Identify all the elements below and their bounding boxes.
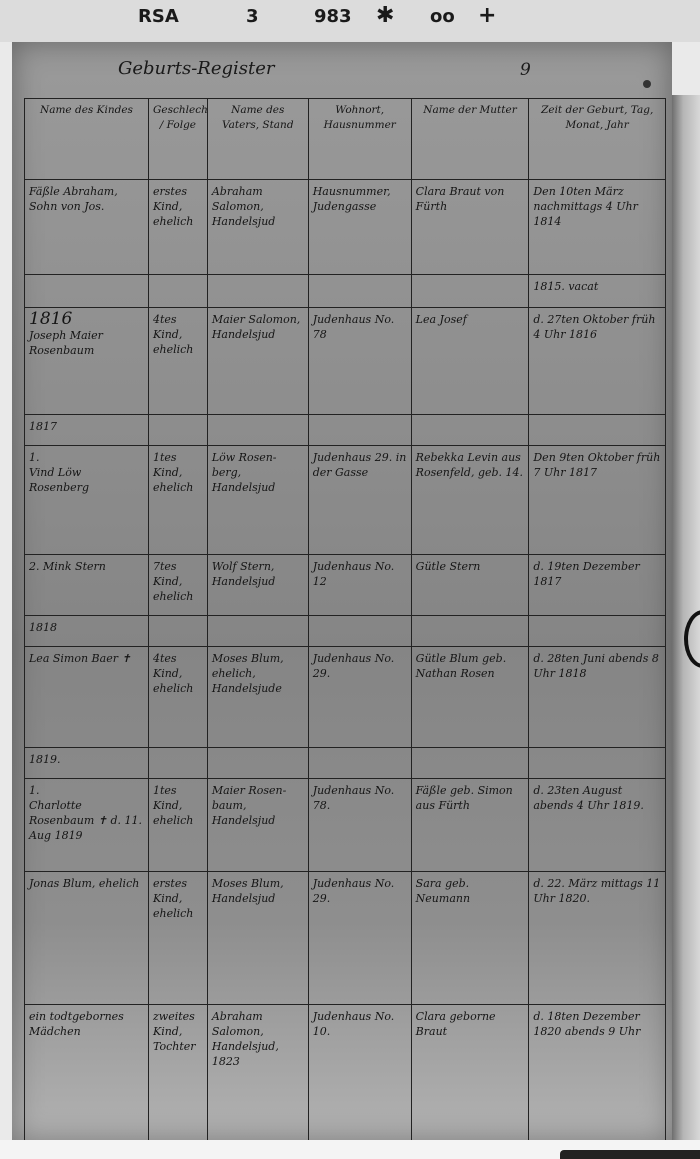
table-row: ein todtgebornes Mädchen zweites Kind, T… <box>25 1005 666 1142</box>
cell-child-name <box>25 275 149 308</box>
year-label: 1819. <box>25 748 149 779</box>
archive-volume: 3 <box>246 6 259 27</box>
cell-residence: Judenhaus No. 29. <box>308 872 411 1005</box>
table-row: Jonas Blum, ehelich erstes Kind, ehelich… <box>25 872 666 1005</box>
cell-residence: Judenhaus No. 78 <box>308 308 411 415</box>
cell-sex <box>148 275 207 308</box>
cell-sex: 4tes Kind, ehelich <box>148 308 207 415</box>
cell-mother: Clara Braut von Fürth <box>411 180 529 275</box>
scan-shadow <box>560 1150 700 1159</box>
cell-residence <box>308 275 411 308</box>
cell-sex: zweites Kind, Tochter <box>148 1005 207 1142</box>
cell-sex: 1tes Kind, ehelich <box>148 779 207 872</box>
year-label: 1816 <box>29 309 72 329</box>
page-number: 9 <box>520 60 531 80</box>
column-header-child-name: Name des Kindes <box>25 99 149 180</box>
cell-mother: Clara geborne Braut <box>411 1005 529 1142</box>
cell-birth-date: d. 18ten Dezember 1820 abends 9 Uhr <box>529 1005 666 1142</box>
cell-child-name: 1816Joseph Maier Rosenbaum <box>25 308 149 415</box>
marriage-symbol-icon: oo <box>430 6 455 27</box>
cell-sex: 4tes Kind, ehelich <box>148 647 207 748</box>
entry-number: 1. <box>29 451 40 464</box>
year-divider-row: 1819. <box>25 748 666 779</box>
cell-child-name: 1.Vind Löw Rosenberg <box>25 446 149 555</box>
cell-mother <box>411 275 529 308</box>
cell-sex: erstes Kind, ehelich <box>148 180 207 275</box>
cell-child-name: Fäßle Abraham, Sohn von Jos. <box>25 180 149 275</box>
cell-birth-date: d. 27ten Oktober früh 4 Uhr 1816 <box>529 308 666 415</box>
cell-child-name: 1.Charlotte Rosenbaum ✝ d. 11. Aug 1819 <box>25 779 149 872</box>
column-header-birth-date: Zeit der Geburt, Tag, Monat, Jahr <box>529 99 666 180</box>
star-symbol-icon: ✱ <box>376 3 394 28</box>
cell-residence: Judenhaus No. 29. <box>308 647 411 748</box>
cell-residence: Judenhaus 29. in der Gasse <box>308 446 411 555</box>
column-header-father: Name des Vaters, Stand <box>207 99 308 180</box>
cell-mother: Gütle Stern <box>411 555 529 616</box>
cell-father: Moses Blum, ehelich, Handelsjude <box>207 647 308 748</box>
cell-child-name: Jonas Blum, ehelich <box>25 872 149 1005</box>
cell-father: Abraham Salomon, Handelsjud <box>207 180 308 275</box>
entry-number: 1. <box>29 784 40 797</box>
table-row: 1.Vind Löw Rosenberg 1tes Kind, ehelich … <box>25 446 666 555</box>
entry-number: 2. <box>29 560 40 573</box>
table-row: 1815. vacat <box>25 275 666 308</box>
cell-father <box>207 275 308 308</box>
cell-mother: Gütle Blum geb. Nathan Rosen <box>411 647 529 748</box>
cell-birth-date: 1815. vacat <box>529 275 666 308</box>
cell-father: Maier Salomon, Handelsjud <box>207 308 308 415</box>
death-cross-icon: + <box>478 3 496 28</box>
cell-birth-date: d. 22. März mittags 11 Uhr 1820. <box>529 872 666 1005</box>
table-row: Fäßle Abraham, Sohn von Jos. erstes Kind… <box>25 180 666 275</box>
table-row: 1.Charlotte Rosenbaum ✝ d. 11. Aug 1819 … <box>25 779 666 872</box>
cell-birth-date: Den 9ten Oktober früh 7 Uhr 1817 <box>529 446 666 555</box>
year-divider-row: 1817 <box>25 415 666 446</box>
page-title: Geburts-Register <box>118 58 275 79</box>
column-header-mother: Name der Mutter <box>411 99 529 180</box>
ink-dot <box>643 80 651 88</box>
cell-mother: Lea Josef <box>411 308 529 415</box>
cell-father: Abraham Salomon, Handelsjud, 1823 <box>207 1005 308 1142</box>
cell-sex: 7tes Kind, ehelich <box>148 555 207 616</box>
cell-father: Maier Rosen-baum, Handelsjud <box>207 779 308 872</box>
table-row: 2. Mink Stern 7tes Kind, ehelich Wolf St… <box>25 555 666 616</box>
cell-father: Wolf Stern, Handelsjud <box>207 555 308 616</box>
cell-residence: Judenhaus No. 10. <box>308 1005 411 1142</box>
cell-residence: Judenhaus No. 12 <box>308 555 411 616</box>
column-header-sex: Geschlecht / Folge <box>148 99 207 180</box>
cell-birth-date: d. 28ten Juni abends 8 Uhr 1818 <box>529 647 666 748</box>
cell-sex: 1tes Kind, ehelich <box>148 446 207 555</box>
cell-child-name: 2. Mink Stern <box>25 555 149 616</box>
cell-child-name: ein todtgebornes Mädchen <box>25 1005 149 1142</box>
archive-collection: RSA <box>138 6 179 27</box>
cell-father: Moses Blum, Handelsjud <box>207 872 308 1005</box>
cell-birth-date: d. 23ten August abends 4 Uhr 1819. <box>529 779 666 872</box>
table-row: 1816Joseph Maier Rosenbaum 4tes Kind, eh… <box>25 308 666 415</box>
cell-father: Löw Rosen-berg, Handelsjud <box>207 446 308 555</box>
cell-sex: erstes Kind, ehelich <box>148 872 207 1005</box>
year-label: 1818 <box>25 616 149 647</box>
archive-number: 983 <box>314 6 352 27</box>
cell-residence: Hausnummer, Judengasse <box>308 180 411 275</box>
archive-reference-stamp: RSA 3 983 ✱ oo + <box>0 6 700 36</box>
cell-birth-date: d. 19ten Dezember 1817 <box>529 555 666 616</box>
cell-birth-date: Den 10ten März nachmittags 4 Uhr 1814 <box>529 180 666 275</box>
year-divider-row: 1818 <box>25 616 666 647</box>
year-label: 1817 <box>25 415 149 446</box>
table-header-row: Name des Kindes Geschlecht / Folge Name … <box>25 99 666 180</box>
column-header-residence: Wohnort, Hausnummer <box>308 99 411 180</box>
cell-mother: Fäßle geb. Simon aus Fürth <box>411 779 529 872</box>
table-row: Lea Simon Baer ✝ 4tes Kind, ehelich Mose… <box>25 647 666 748</box>
birth-register-table: Name des Kindes Geschlecht / Folge Name … <box>24 98 666 1142</box>
cell-mother: Sara geb. Neumann <box>411 872 529 1005</box>
cell-child-name: Lea Simon Baer ✝ <box>25 647 149 748</box>
cell-residence: Judenhaus No. 78. <box>308 779 411 872</box>
cell-mother: Rebekka Levin aus Rosenfeld, geb. 14. <box>411 446 529 555</box>
